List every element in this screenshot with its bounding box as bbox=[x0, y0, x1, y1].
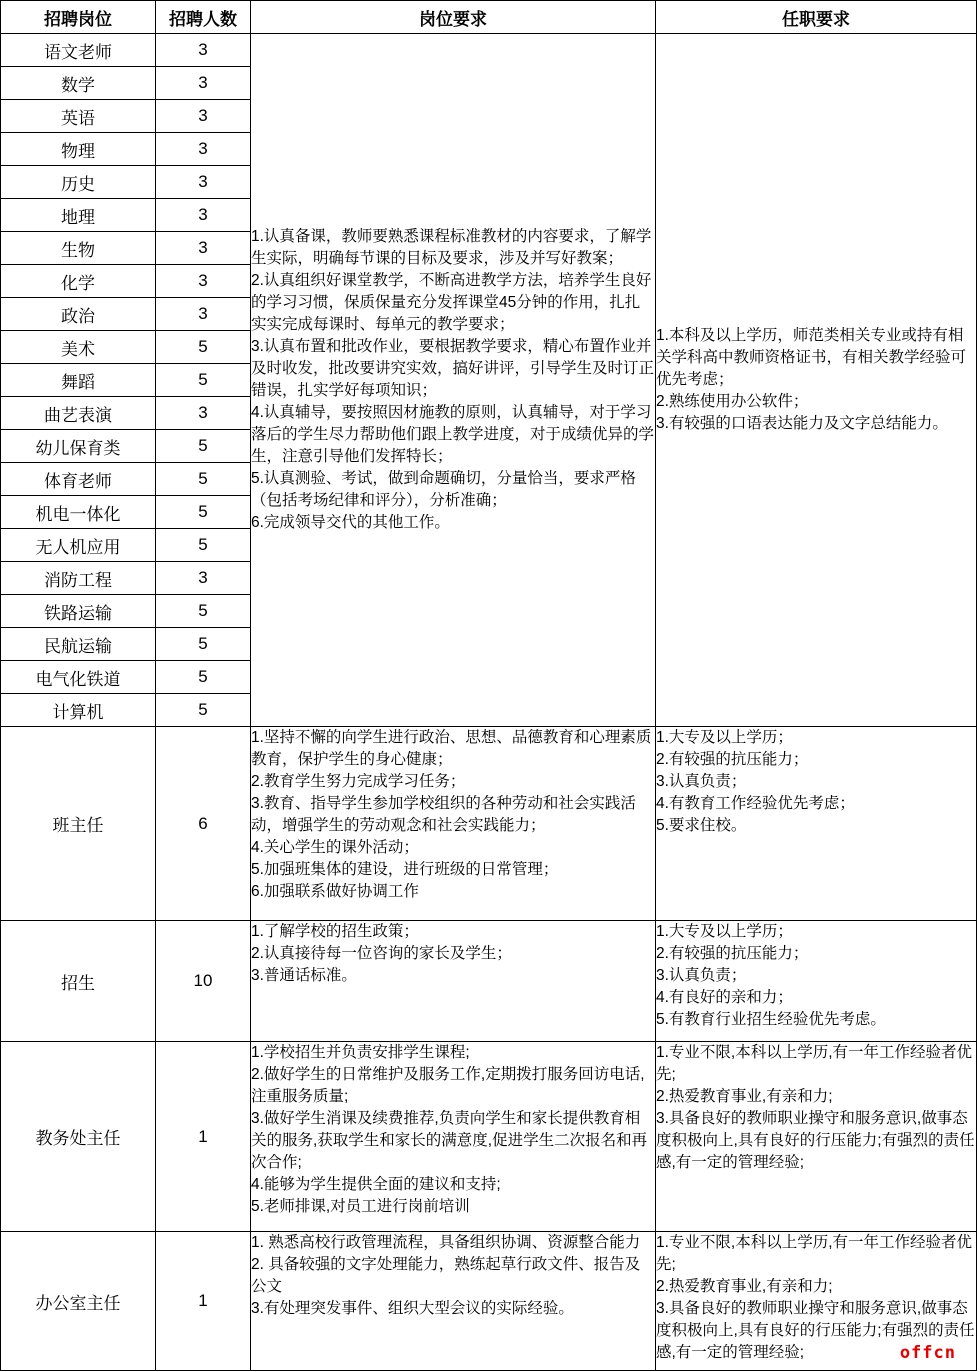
job-requirements-cell: 1.了解学校的招生政策； 2.认真接待每一位咨询的家长及学生； 3.普通话标准。 bbox=[251, 921, 656, 1042]
count-cell: 5 bbox=[156, 364, 251, 397]
header-position: 招聘岗位 bbox=[1, 1, 156, 34]
position-cell: 体育老师 bbox=[1, 463, 156, 496]
count-cell: 3 bbox=[156, 397, 251, 430]
count-cell: 5 bbox=[156, 628, 251, 661]
position-cell: 物理 bbox=[1, 133, 156, 166]
qualifications-cell: 1.大专及以上学历； 2.有较强的抗压能力； 3.认真负责； 4.有教育工作经验… bbox=[656, 727, 977, 921]
count-cell: 5 bbox=[156, 331, 251, 364]
position-cell: 语文老师 bbox=[1, 34, 156, 67]
count-cell: 5 bbox=[156, 496, 251, 529]
table-row-bangongshi: 办公室主任 1 1. 熟悉高校行政管理流程，具备组织协调、资源整合能力 2. 具… bbox=[1, 1232, 977, 1371]
position-cell: 美术 bbox=[1, 331, 156, 364]
table-row-jiaowuchu: 教务处主任 1 1.学校招生并负责安排学生课程; 2.做好学生的日常维护及服务工… bbox=[1, 1042, 977, 1232]
qualifications-cell: 1.专业不限,本科以上学历,有一年工作经验者优先; 2.热爱教育事业,有亲和力;… bbox=[656, 1042, 977, 1232]
count-cell: 5 bbox=[156, 595, 251, 628]
count-cell: 3 bbox=[156, 100, 251, 133]
count-cell: 3 bbox=[156, 133, 251, 166]
table-row: 语文老师 3 1.认真备课，教师要熟悉课程标准教材的内容要求，了解学生实际，明确… bbox=[1, 34, 977, 67]
header-count: 招聘人数 bbox=[156, 1, 251, 34]
teacher-qualifications-cell: 1.本科及以上学历，师范类相关专业或持有相关学科高中教师资格证书，有相关教学经验… bbox=[656, 34, 977, 727]
position-cell: 机电一体化 bbox=[1, 496, 156, 529]
header-job-requirements: 岗位要求 bbox=[251, 1, 656, 34]
offcn-watermark: offcn bbox=[900, 1343, 956, 1363]
count-cell: 10 bbox=[156, 921, 251, 1042]
position-cell: 无人机应用 bbox=[1, 529, 156, 562]
count-cell: 5 bbox=[156, 694, 251, 727]
position-cell: 生物 bbox=[1, 232, 156, 265]
count-cell: 6 bbox=[156, 727, 251, 921]
position-cell: 办公室主任 bbox=[1, 1232, 156, 1371]
position-cell: 数学 bbox=[1, 67, 156, 100]
position-cell: 化学 bbox=[1, 265, 156, 298]
header-qualifications: 任职要求 bbox=[656, 1, 977, 34]
count-cell: 3 bbox=[156, 166, 251, 199]
recruitment-table: 招聘岗位 招聘人数 岗位要求 任职要求 语文老师 3 1.认真备课，教师要熟悉课… bbox=[0, 0, 977, 1371]
position-cell: 曲艺表演 bbox=[1, 397, 156, 430]
job-requirements-cell: 1.学校招生并负责安排学生课程; 2.做好学生的日常维护及服务工作,定期拨打服务… bbox=[251, 1042, 656, 1232]
position-cell: 民航运输 bbox=[1, 628, 156, 661]
count-cell: 1 bbox=[156, 1232, 251, 1371]
count-cell: 5 bbox=[156, 661, 251, 694]
header-row: 招聘岗位 招聘人数 岗位要求 任职要求 bbox=[1, 1, 977, 34]
count-cell: 3 bbox=[156, 67, 251, 100]
count-cell: 3 bbox=[156, 562, 251, 595]
position-cell: 教务处主任 bbox=[1, 1042, 156, 1232]
teacher-job-requirements-cell: 1.认真备课，教师要熟悉课程标准教材的内容要求，了解学生实际，明确每节课的目标及… bbox=[251, 34, 656, 727]
count-cell: 3 bbox=[156, 298, 251, 331]
position-cell: 电气化铁道 bbox=[1, 661, 156, 694]
position-cell: 地理 bbox=[1, 199, 156, 232]
count-cell: 1 bbox=[156, 1042, 251, 1232]
count-cell: 3 bbox=[156, 265, 251, 298]
position-cell: 英语 bbox=[1, 100, 156, 133]
count-cell: 3 bbox=[156, 199, 251, 232]
count-cell: 5 bbox=[156, 463, 251, 496]
position-cell: 历史 bbox=[1, 166, 156, 199]
job-requirements-cell: 1. 熟悉高校行政管理流程，具备组织协调、资源整合能力 2. 具备较强的文字处理… bbox=[251, 1232, 656, 1371]
count-cell: 3 bbox=[156, 232, 251, 265]
table-row-zhaosheng: 招生 10 1.了解学校的招生政策； 2.认真接待每一位咨询的家长及学生； 3.… bbox=[1, 921, 977, 1042]
qualifications-cell: 1.大专及以上学历； 2.有较强的抗压能力； 3.认真负责； 4.有良好的亲和力… bbox=[656, 921, 977, 1042]
table-row-banzhuren: 班主任 6 1.坚持不懈的向学生进行政治、思想、品德教育和心理素质教育，保护学生… bbox=[1, 727, 977, 921]
position-cell: 幼儿保育类 bbox=[1, 430, 156, 463]
position-cell: 政治 bbox=[1, 298, 156, 331]
count-cell: 3 bbox=[156, 34, 251, 67]
position-cell: 招生 bbox=[1, 921, 156, 1042]
position-cell: 计算机 bbox=[1, 694, 156, 727]
position-cell: 舞蹈 bbox=[1, 364, 156, 397]
job-requirements-cell: 1.坚持不懈的向学生进行政治、思想、品德教育和心理素质教育，保护学生的身心健康；… bbox=[251, 727, 656, 921]
count-cell: 5 bbox=[156, 430, 251, 463]
position-cell: 班主任 bbox=[1, 727, 156, 921]
count-cell: 5 bbox=[156, 529, 251, 562]
position-cell: 铁路运输 bbox=[1, 595, 156, 628]
position-cell: 消防工程 bbox=[1, 562, 156, 595]
